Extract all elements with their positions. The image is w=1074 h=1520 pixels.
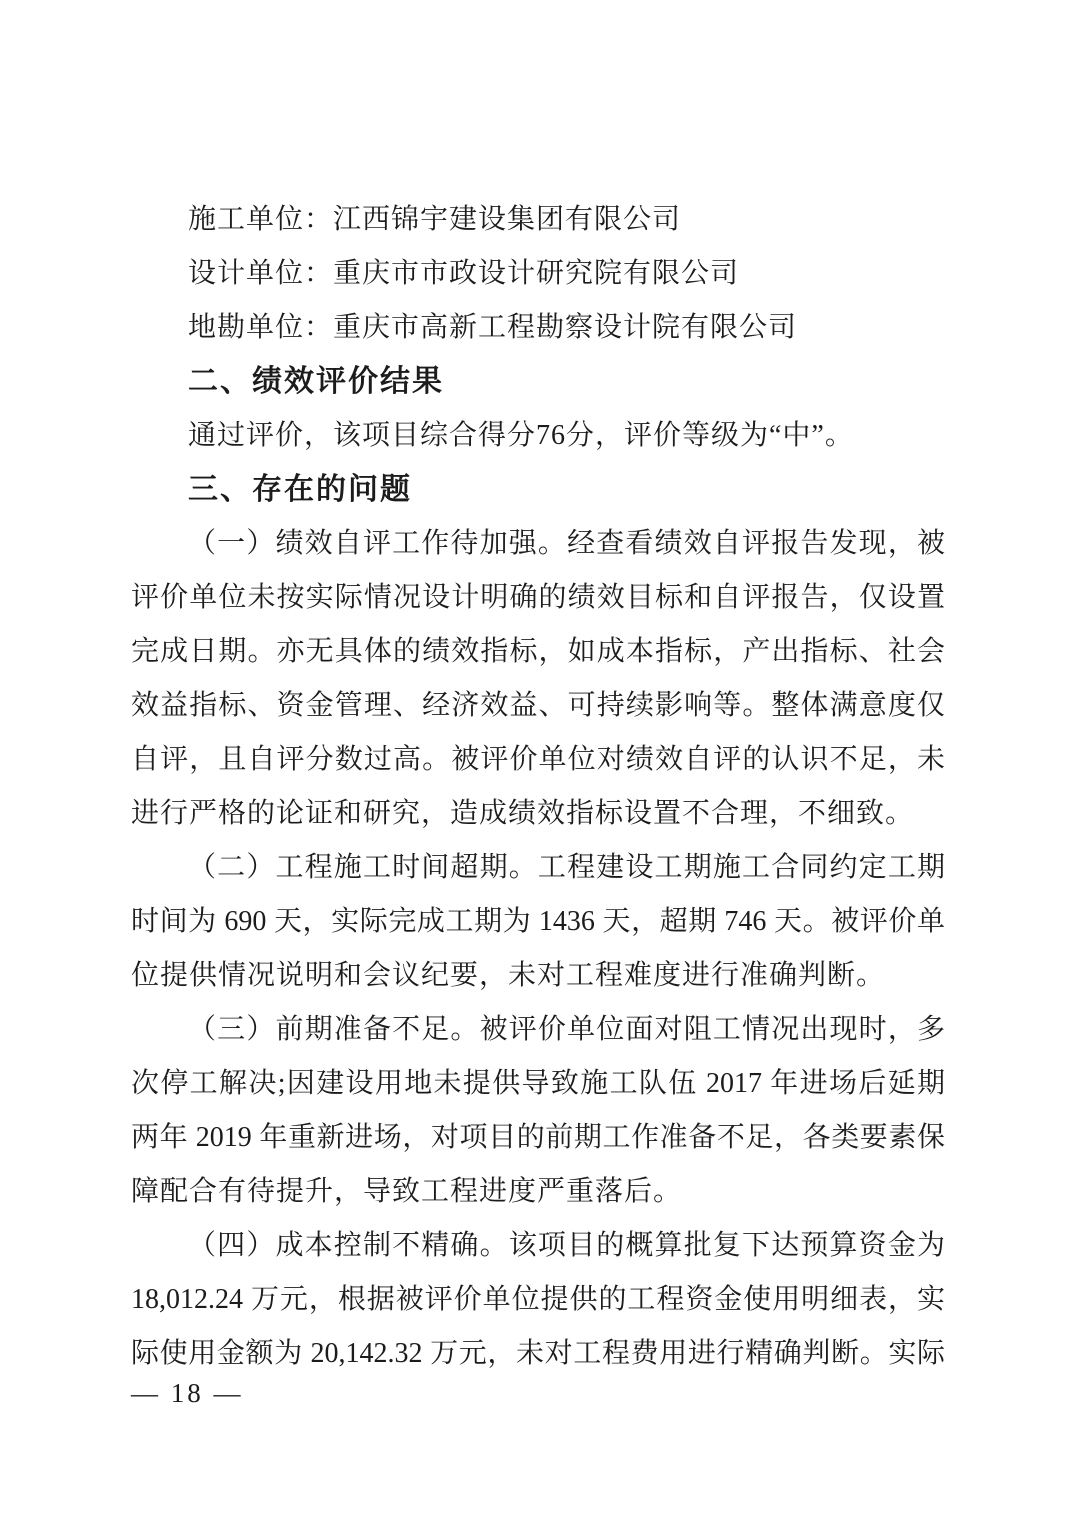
document-body: 施工单位：江西锦宇建设集团有限公司设计单位：重庆市市政设计研究院有限公司地勘单位…: [131, 193, 945, 1381]
paragraph-line: 完成日期。亦无具体的绩效指标，如成本指标，产出指标、社会: [131, 625, 945, 679]
paragraph-line: 施工单位：江西锦宇建设集团有限公司: [131, 193, 945, 247]
paragraph-line: 时间为 690 天，实际完成工期为 1436 天，超期 746 天。被评价单: [131, 895, 945, 949]
paragraph-line: 两年 2019 年重新进场，对项目的前期工作准备不足，各类要素保: [131, 1111, 945, 1165]
paragraph-line: 地勘单位：重庆市高新工程勘察设计院有限公司: [131, 301, 945, 355]
paragraph-line: 评价单位未按实际情况设计明确的绩效目标和自评报告，仅设置: [131, 571, 945, 625]
paragraph-line: 位提供情况说明和会议纪要，未对工程难度进行准确判断。: [131, 949, 945, 1003]
paragraph-line: 18,012.24 万元，根据被评价单位提供的工程资金使用明细表，实: [131, 1273, 945, 1327]
paragraph-line: 次停工解决;因建设用地未提供导致施工队伍 2017 年进场后延期: [131, 1057, 945, 1111]
paragraph-line: 障配合有待提升，导致工程进度严重落后。: [131, 1165, 945, 1219]
document-page: 施工单位：江西锦宇建设集团有限公司设计单位：重庆市市政设计研究院有限公司地勘单位…: [0, 0, 1074, 1520]
paragraph-line: （三）前期准备不足。被评价单位面对阻工情况出现时，多: [131, 1003, 945, 1057]
paragraph-line: 际使用金额为 20,142.32 万元，未对工程费用进行精确判断。实际: [131, 1327, 945, 1381]
paragraph-line: （一）绩效自评工作待加强。经查看绩效自评报告发现，被: [131, 517, 945, 571]
page-number: — 18 —: [131, 1366, 244, 1420]
paragraph-line: 效益指标、资金管理、经济效益、可持续影响等。整体满意度仅: [131, 679, 945, 733]
paragraph-line: （四）成本控制不精确。该项目的概算批复下达预算资金为: [131, 1219, 945, 1273]
paragraph-line: 进行严格的论证和研究，造成绩效指标设置不合理，不细致。: [131, 787, 945, 841]
paragraph-line: 通过评价，该项目综合得分76分，评价等级为“中”。: [131, 409, 945, 463]
paragraph-line: （二）工程施工时间超期。工程建设工期施工合同约定工期: [131, 841, 945, 895]
section-heading: 二、绩效评价结果: [131, 355, 945, 409]
paragraph-line: 自评，且自评分数过高。被评价单位对绩效自评的认识不足，未: [131, 733, 945, 787]
paragraph-line: 设计单位：重庆市市政设计研究院有限公司: [131, 247, 945, 301]
section-heading: 三、存在的问题: [131, 463, 945, 517]
